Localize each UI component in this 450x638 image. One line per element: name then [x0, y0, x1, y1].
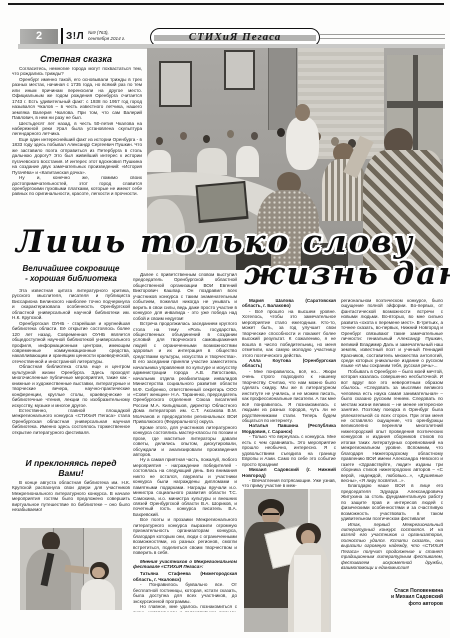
- person-head: [295, 104, 310, 122]
- column-2-text: Далее с приветственным словом выступил п…: [133, 272, 237, 612]
- article-bow-text: В конце августа областная библиотека им.…: [12, 480, 130, 526]
- monitor: [196, 181, 249, 223]
- testimonial-name: Татьяна Стафеева (Нижегородская область,…: [133, 571, 237, 582]
- paragraph: Но главное, мне удалось познакомиться с …: [133, 604, 237, 612]
- page-number: 2: [20, 29, 58, 44]
- paragraph: Благодарю наше ВОИ в лице его председате…: [341, 483, 443, 521]
- signature-line: фото авторов: [341, 601, 443, 607]
- paragraph: В конце августа областная библиотека им.…: [12, 480, 130, 513]
- issue-info: №9 (763), сентября 2014 г.: [88, 30, 125, 41]
- newspaper-logo: З!Л: [66, 31, 84, 42]
- testimonial-name: Михаил Садовский (г. Нижний Новгород): [242, 467, 336, 478]
- article-library-text: Эта известная цитата литературного крити…: [12, 288, 130, 456]
- paragraph: Далее с приветственным словом выступил п…: [133, 272, 237, 321]
- paragraph: - Понравилось буквально все. От бесплатн…: [133, 582, 237, 604]
- blouse: [294, 555, 320, 632]
- person-head: [156, 137, 163, 145]
- testimonial-name: Алла Коутова (Оренбургская область): [242, 358, 336, 369]
- paragraph: Эта известная цитата литературного крити…: [12, 288, 130, 321]
- paragraph: Еще один интереснейший факт из истории О…: [12, 137, 142, 175]
- person-shirt: [147, 150, 171, 172]
- paragraph: Естественно, главной площадкой межрегион…: [12, 408, 130, 435]
- author-signature: Стася Половенкина и Михаил Садовский фот…: [341, 588, 443, 607]
- title-line: Вами!: [12, 468, 130, 478]
- person-standing-white-shirt: [286, 117, 319, 170]
- paragraph: Оренбург именно такой, его основывали тр…: [12, 77, 142, 121]
- award-photo: [244, 489, 331, 632]
- portrait-frame: [224, 50, 255, 90]
- article-title-bow: И преклоняясь перед Вами!: [12, 458, 130, 478]
- monitor-screen: [198, 183, 247, 220]
- article-title-library: Величайшее сокровище - хорошая библиотек…: [12, 264, 130, 283]
- person-head: [227, 130, 234, 138]
- testimonial-text: - Только что вернулась с конкурса. Мне е…: [242, 434, 336, 467]
- column-4-text: региональном поэтическом конкурсе, было …: [341, 298, 443, 586]
- title-line: - хорошая библиотека: [12, 274, 130, 284]
- person-head: [277, 128, 285, 137]
- masthead-rule: [320, 34, 445, 39]
- library-tour-photo: [20, 528, 122, 610]
- person-head: [203, 135, 210, 143]
- paragraph: Встреча продолжилась заседанием круглого…: [133, 321, 237, 425]
- testimonial-text: - Всё прошло на высшем уровне. Хотелось,…: [242, 309, 336, 358]
- issue-date: сентября 2014 г.: [88, 36, 125, 42]
- top-rule: [8, 3, 444, 5]
- paragraph: Согласитесь, немногие города могут похва…: [12, 66, 142, 77]
- paragraph: Оренбургская ОУНБ - старейшая и крупнейш…: [12, 321, 130, 365]
- paragraph: региональном поэтическом конкурсе, было …: [341, 298, 443, 369]
- paragraph: Шестьдесят лет назад, в честь 50-летия Ч…: [12, 121, 142, 137]
- title-line: Величайшее сокровище: [12, 264, 130, 274]
- paragraph: Областная библиотека стала еще и центром…: [12, 364, 130, 408]
- opinions-intro: Мнения участников о Межрегиональном фест…: [133, 559, 237, 570]
- paragraph: Кроме этого, для участников литературног…: [133, 425, 237, 458]
- newspaper-page: 2 З!Л №9 (763), сентября 2014 г. СТИХиЯ …: [0, 0, 450, 638]
- article-title-steppe: Степная сказка: [10, 54, 142, 64]
- testimonial-name: Мария Шалова (Саратовская область, г. Ба…: [242, 298, 336, 309]
- portrait-frame: [159, 61, 193, 107]
- window-bar-vertical: [413, 55, 418, 159]
- script-headline-line2: жизнь дана...: [244, 256, 450, 292]
- glasses: [263, 513, 279, 515]
- person-body: [81, 579, 115, 610]
- testimonial-text: - Мне понравилось, всё, но... Жюри очень…: [242, 369, 336, 424]
- column-3-text: Мария Шалова (Саратовская область, г. Ба…: [242, 298, 336, 488]
- title-line: И преклоняясь перед: [12, 458, 130, 468]
- closing-paragraph: Итак, первый Межрегиональный литературны…: [341, 522, 443, 571]
- testimonial-text: - Впечатления потрясающие. Уже узнав, чт…: [242, 478, 336, 488]
- testimonial-name: Наталья Павшина (Республика Мордовия, г.…: [242, 423, 336, 434]
- paragraph: Побывать в Оренбурге – было моей мечтой,…: [341, 369, 443, 484]
- person-head: [180, 132, 187, 140]
- paragraph: Ну и, конечно же, помимо своих достоприм…: [12, 175, 142, 197]
- person-shirt: [197, 148, 227, 175]
- paragraph: Ну а самая приятная часть, пожалуй, любо…: [133, 457, 237, 517]
- paragraph: Все поэты и прозаики Межрегионального ли…: [133, 517, 237, 555]
- person-face: [92, 567, 104, 578]
- header-divider: [61, 28, 63, 45]
- article-steppe-text: Согласитесь, немногие города могут похва…: [12, 66, 142, 236]
- person-head: [251, 132, 258, 140]
- script-headline-line1: Лишь только слову: [16, 224, 414, 260]
- person-shirt: [236, 146, 260, 177]
- door: [268, 48, 297, 130]
